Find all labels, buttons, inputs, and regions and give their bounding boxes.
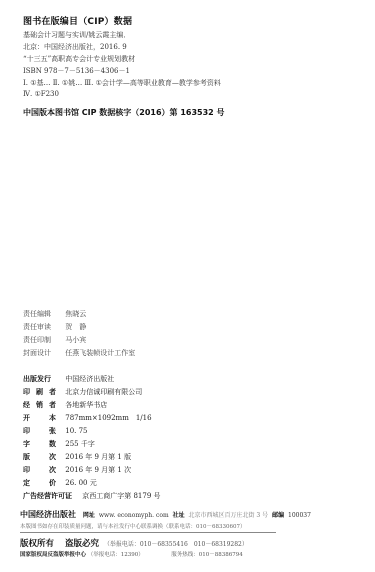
copyright-text: 版权所有 <box>20 539 54 549</box>
pub-label: 广告经营许可证 <box>23 491 72 501</box>
cip-line-isbn: ISBN 978－7－5136－4306－1 <box>23 66 130 76</box>
service-hotline: 服务热线：010－88386794 <box>171 552 243 558</box>
pub-value: 2016 年 9 月第 1 版 <box>65 453 131 461</box>
website: www. economyph. com <box>99 512 169 519</box>
staff-value: 焦晓云 <box>65 310 86 318</box>
pub-row-edition: 版次 2016 年 9 月第 1 版 <box>23 452 131 462</box>
pub-value: 787mm×1092mm 1/16 <box>65 414 151 422</box>
staff-row-editor: 责任编辑 焦晓云 <box>23 309 86 319</box>
pub-value: 北京力信诚印刷有限公司 <box>65 388 142 396</box>
pub-value: 京西工商广字第 8179 号 <box>82 492 160 500</box>
pub-row-distributor: 经销者 各地新华书店 <box>23 400 107 410</box>
pub-value: 2016 年 9 月第 1 次 <box>65 466 131 474</box>
copyright-line: 版权所有 盗版必究 （举报电话：010－68355416 010－6831928… <box>20 537 248 549</box>
staff-label: 封面设计 <box>23 348 63 358</box>
anti-piracy-center: 国家版权局反盗版举报中心 <box>20 552 86 558</box>
staff-label: 责任审读 <box>23 322 63 332</box>
postcode: 100037 <box>288 512 311 519</box>
pub-value: 26. 00 元 <box>65 479 97 487</box>
pub-row-word-count: 字数 255 千字 <box>23 439 95 449</box>
staff-row-cover-design: 封面设计 任燕飞装帧设计工作室 <box>23 348 135 358</box>
staff-label: 责任编辑 <box>23 309 63 319</box>
staff-value: 贺 静 <box>65 323 86 331</box>
postcode-label: 邮编 <box>272 512 284 519</box>
cip-line-title: 基础会计习题与实训/姚云霞主编． <box>23 30 130 40</box>
address: 北京市西城区百万庄北街 3 号 <box>189 512 269 519</box>
pub-row-sheets: 印张 10. 75 <box>23 426 88 436</box>
pub-row-impression: 印次 2016 年 9 月第 1 次 <box>23 465 131 475</box>
footer-divider <box>20 532 276 533</box>
pub-label: 出版发行 <box>23 374 63 384</box>
staff-value: 任燕飞装帧设计工作室 <box>65 349 135 357</box>
staff-row-printing: 责任印制 马小宾 <box>23 335 86 345</box>
piracy-text: 盗版必究 <box>65 539 99 549</box>
anti-piracy-line: 国家版权局反盗版举报中心 （举报电话：12390） 服务热线：010－88386… <box>20 550 243 558</box>
anti-piracy-phone: （举报电话：12390） <box>88 552 144 558</box>
pub-row-price: 定价 26. 00 元 <box>23 478 97 488</box>
staff-row-reviewer: 责任审读 贺 静 <box>23 322 86 332</box>
pub-row-publisher: 出版发行 中国经济出版社 <box>23 374 114 384</box>
pub-row-printer: 印刷者 北京力信诚印刷有限公司 <box>23 387 142 397</box>
cip-line-subjects: Ⅰ. ①基… Ⅱ. ①姚… Ⅲ. ①会计学—高等职业教育—教学参考资料 <box>23 78 221 88</box>
cip-line-series: “十三五”高职高专会计专业规划教材 <box>23 54 135 64</box>
pub-value: 中国经济出版社 <box>65 375 114 383</box>
report-phones: （举报电话：010－68355416 010－68319282） <box>104 541 248 548</box>
pub-value: 10. 75 <box>65 427 87 435</box>
pub-value: 255 千字 <box>65 440 95 448</box>
footer-publisher-line: 中国经济出版社 网址 www. economyph. com 社址 北京市西城区… <box>20 509 311 520</box>
pub-label: 字数 <box>23 439 56 449</box>
footer-publisher-name: 中国经济出版社 <box>20 509 76 519</box>
cip-line-classification: Ⅳ. ①F230 <box>23 90 59 98</box>
pub-label: 经销者 <box>23 400 56 410</box>
pub-value: 各地新华书店 <box>65 401 107 409</box>
website-label: 网址 <box>83 512 95 519</box>
cip-line-publisher: 北京：中国经济出版社，2016. 9 <box>23 42 127 52</box>
address-label: 社址 <box>173 512 185 519</box>
cip-record-number: 中国版本图书馆 CIP 数据核字（2016）第 163532 号 <box>23 107 225 118</box>
staff-value: 马小宾 <box>65 336 86 344</box>
pub-label: 版次 <box>23 452 56 462</box>
pub-label: 印刷者 <box>23 387 56 397</box>
cip-heading: 图书在版编目（CIP）数据 <box>23 14 132 27</box>
pub-label: 印次 <box>23 465 56 475</box>
staff-label: 责任印制 <box>23 335 63 345</box>
pub-row-ad-license: 广告经营许可证 京西工商广字第 8179 号 <box>23 491 161 501</box>
quality-notice: 本版图书如存在印装质量问题，请与本社发行中心联系调换（联系电话：010－6833… <box>20 522 246 530</box>
pub-label: 开本 <box>23 413 56 423</box>
pub-label: 定价 <box>23 478 56 488</box>
pub-row-format: 开本 787mm×1092mm 1/16 <box>23 413 152 423</box>
pub-label: 印张 <box>23 426 56 436</box>
